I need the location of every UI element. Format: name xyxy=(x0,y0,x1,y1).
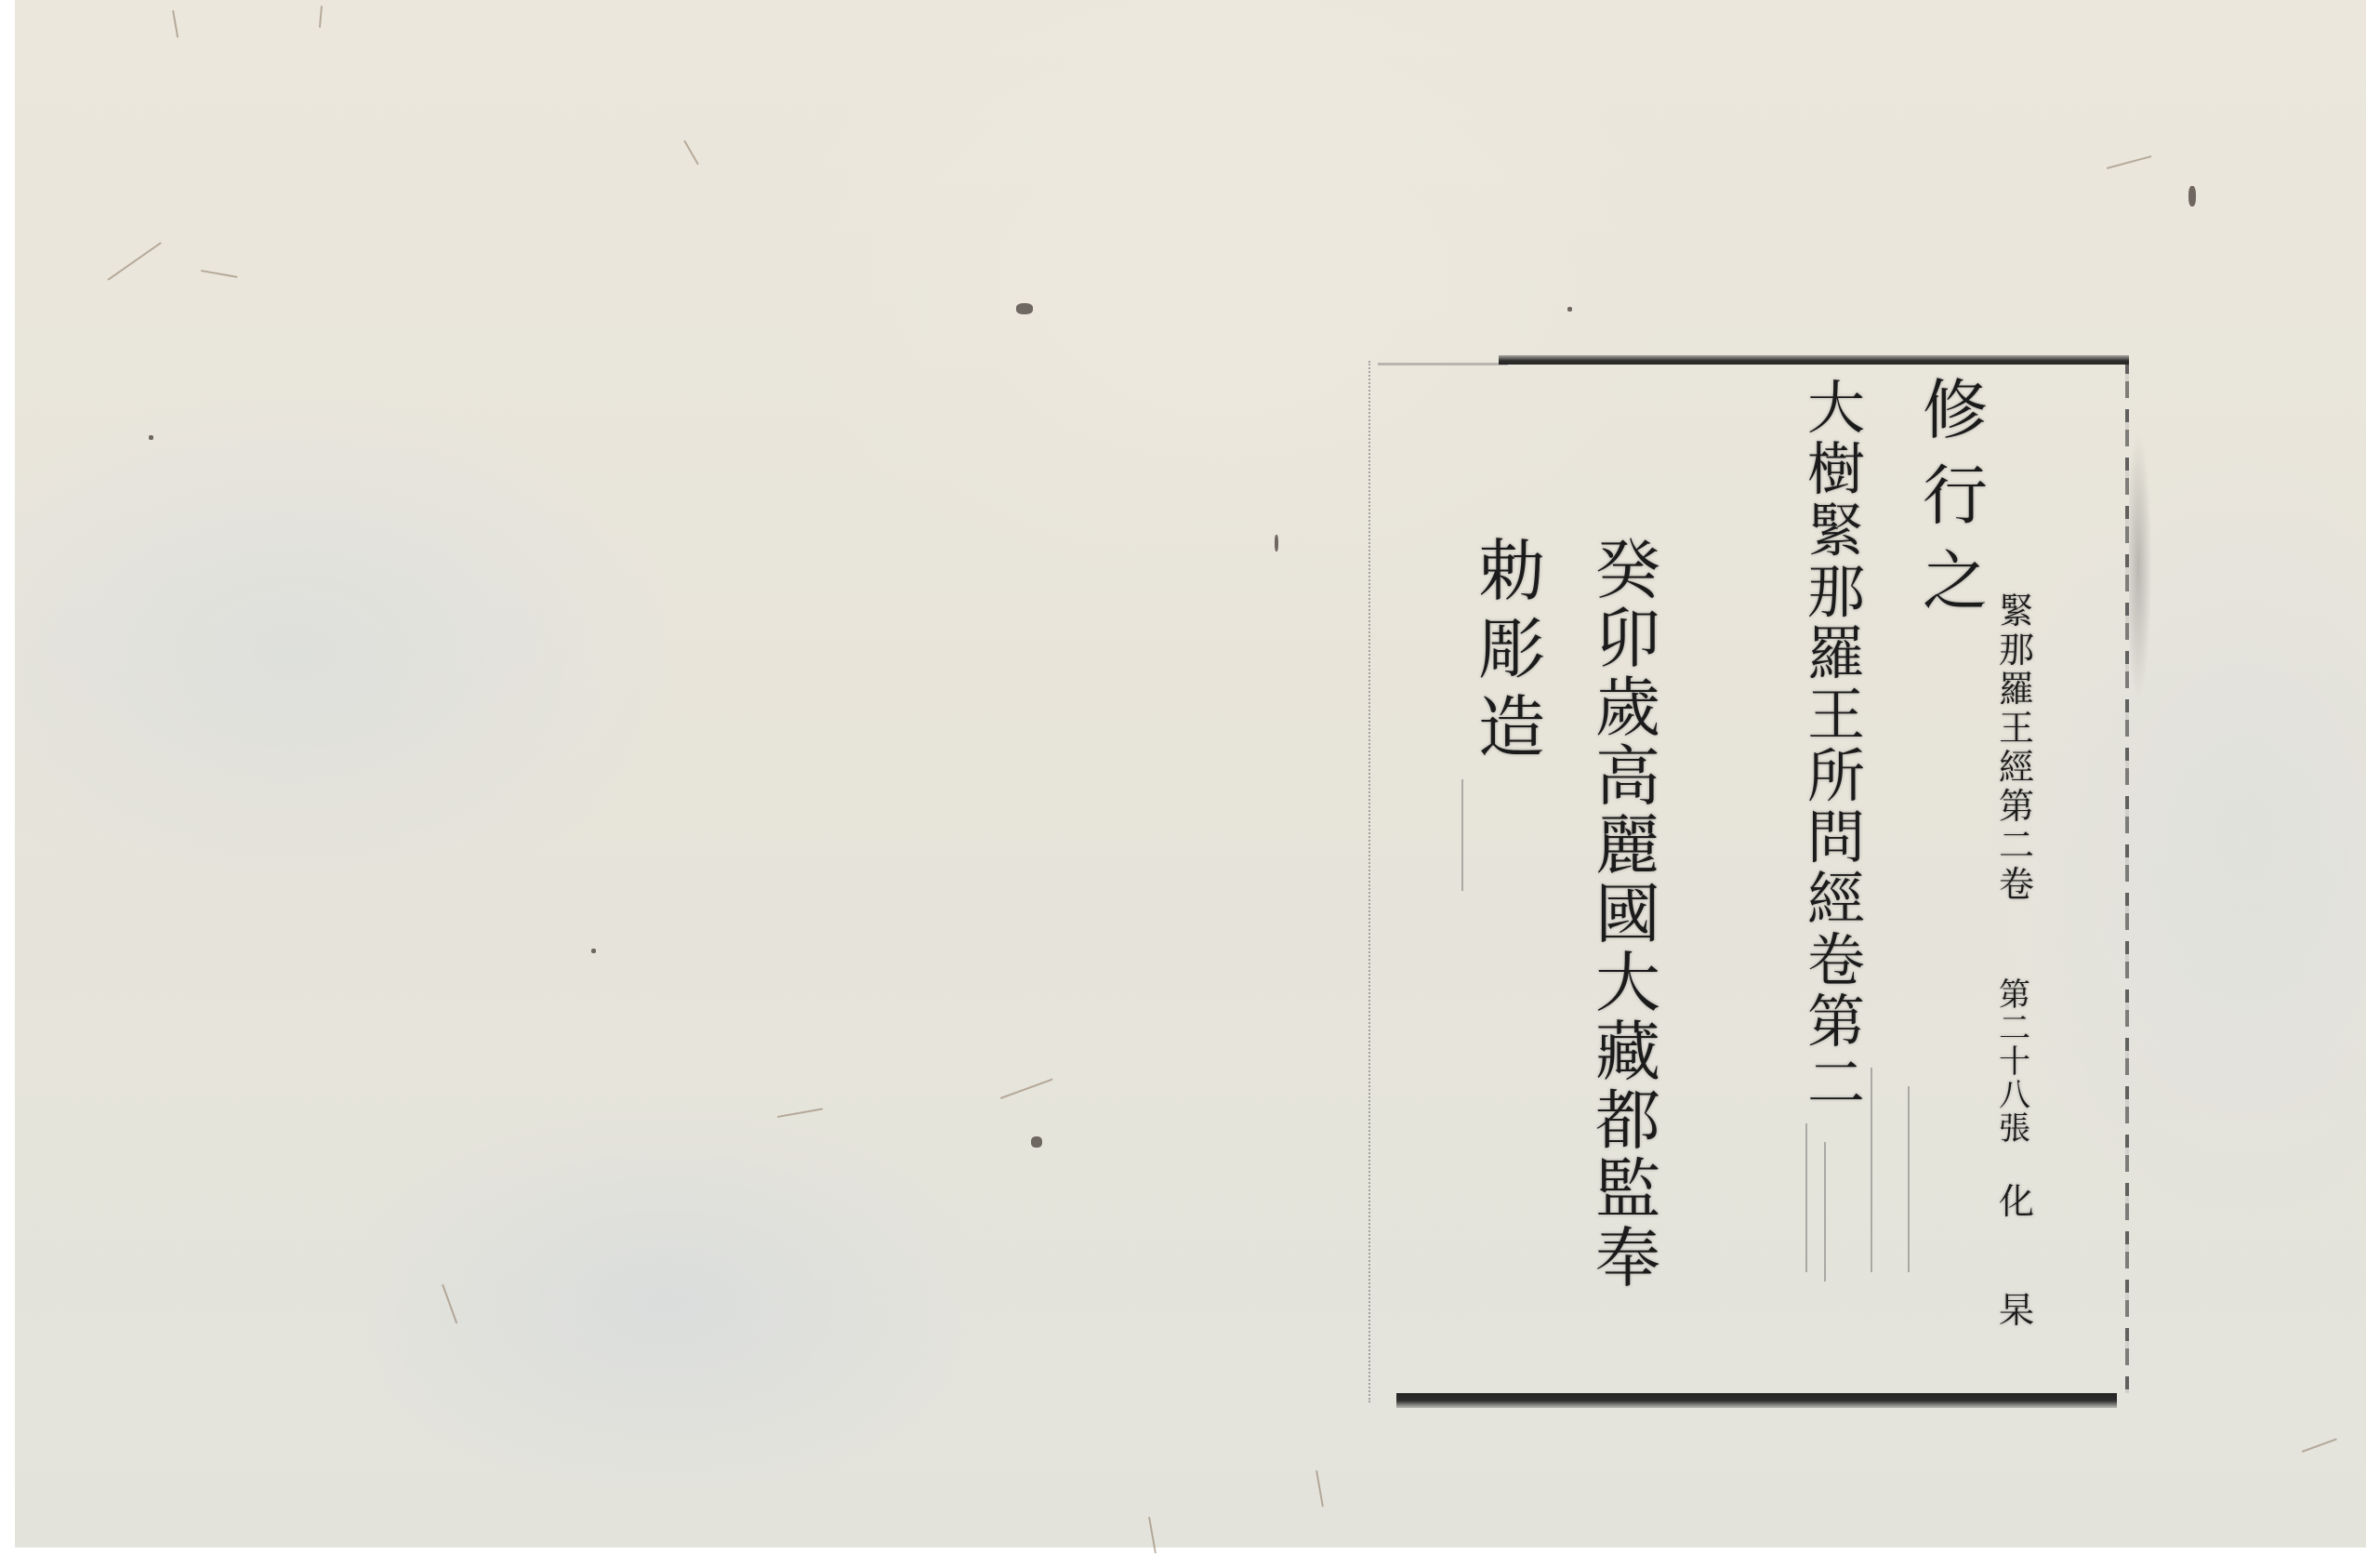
sutra-title-column: 大 樹 緊 那 羅 王 所 問 經 卷 第 二 xyxy=(1807,379,1865,1112)
frame-top-rule-faint xyxy=(1378,363,1508,365)
edict-char: 造 xyxy=(1478,694,1545,761)
title-char: 王 xyxy=(1807,686,1865,744)
ink-bleed-line xyxy=(1871,1068,1872,1272)
title-prefix-char: 修 xyxy=(1923,378,1988,443)
edict-char: 勅 xyxy=(1478,538,1545,604)
ink-smudge xyxy=(2129,398,2166,733)
paper-fiber xyxy=(777,1108,824,1118)
colophon-char: 高 xyxy=(1595,744,1660,809)
title-char: 二 xyxy=(1807,1055,1865,1112)
colophon-char: 卯 xyxy=(1595,606,1660,671)
colophon-char: 藏 xyxy=(1595,1019,1660,1084)
colophon-edict-column: 勅 彫 造 xyxy=(1478,538,1545,761)
case-mark-char: 化 xyxy=(1999,1184,2034,1219)
paper-fiber xyxy=(683,140,699,166)
title-char: 那 xyxy=(1807,564,1865,621)
colophon-date-column: 癸 卯 歲 高 麗 國 大 藏 都 監 奉 xyxy=(1595,538,1660,1291)
ink-bleed-line xyxy=(1824,1142,1826,1282)
title-char: 第 xyxy=(1807,993,1865,1051)
margin-title-char: 那 xyxy=(1999,632,2034,668)
title-char: 所 xyxy=(1807,748,1865,805)
page-number-char: 二 xyxy=(1999,1013,2030,1044)
page-number-char: 第 xyxy=(1999,979,2030,1011)
paper-fiber xyxy=(172,10,178,38)
colophon-char: 監 xyxy=(1595,1157,1660,1222)
paper-speck xyxy=(591,949,596,953)
printed-block-frame: 修 行 之 大 樹 緊 那 羅 王 所 問 經 卷 第 二 癸 卯 歲 高 麗 … xyxy=(1368,361,2129,1402)
margin-title-char: 第 xyxy=(1999,789,2034,824)
paper-speck xyxy=(149,435,153,440)
ink-bleed-line xyxy=(1805,1123,1807,1272)
margin-case-mark: 化 xyxy=(1999,1184,2034,1219)
page-number-char: 十 xyxy=(1999,1046,2030,1078)
paper-fiber xyxy=(201,270,238,278)
paper-fiber xyxy=(1316,1470,1324,1508)
margin-page-number: 第 二 十 八 張 xyxy=(1999,979,2030,1145)
ink-bleed-line xyxy=(1908,1086,1910,1272)
colophon-char: 奉 xyxy=(1595,1226,1660,1291)
colophon-char: 大 xyxy=(1595,950,1660,1016)
margin-title-char: 經 xyxy=(1999,750,2034,785)
ink-bleed-line xyxy=(1461,779,1463,891)
paper-speck xyxy=(1275,535,1278,551)
paper-speck xyxy=(2188,186,2196,206)
paper-fiber xyxy=(2302,1438,2337,1453)
carver-mark-char: 杲 xyxy=(1999,1293,2034,1328)
title-char: 緊 xyxy=(1807,502,1865,560)
margin-title-char: 王 xyxy=(1999,711,2034,746)
title-char: 問 xyxy=(1807,809,1865,867)
title-prefix-char: 之 xyxy=(1923,549,1988,614)
scanned-page: 修 行 之 大 樹 緊 那 羅 王 所 問 經 卷 第 二 癸 卯 歲 高 麗 … xyxy=(0,0,2380,1547)
page-number-char: 張 xyxy=(1999,1113,2030,1145)
title-prefix-column: 修 行 之 xyxy=(1923,378,1988,614)
paper-speck xyxy=(1016,303,1033,314)
paper-fiber xyxy=(1148,1517,1157,1547)
margin-title-char: 卷 xyxy=(1999,867,2034,902)
title-char: 羅 xyxy=(1807,625,1865,683)
colophon-char: 國 xyxy=(1595,882,1660,947)
paper-fiber xyxy=(2107,155,2152,169)
paper-fiber xyxy=(319,6,323,28)
colophon-char: 癸 xyxy=(1595,538,1660,603)
colophon-char: 歲 xyxy=(1595,675,1660,740)
paper-speck xyxy=(1567,307,1572,312)
edict-char: 彫 xyxy=(1478,616,1545,683)
paper-fiber xyxy=(107,242,161,281)
margin-title-char: 緊 xyxy=(1999,593,2034,629)
title-char: 經 xyxy=(1807,870,1865,928)
page-number-char: 八 xyxy=(1999,1080,2030,1111)
title-prefix-char: 行 xyxy=(1923,463,1988,528)
margin-title-char: 二 xyxy=(1999,828,2034,863)
paper-fiber xyxy=(442,1284,457,1324)
colophon-char: 都 xyxy=(1595,1088,1660,1153)
paper-fiber xyxy=(1000,1079,1053,1099)
frame-left-rule xyxy=(1368,361,1370,1402)
title-char: 卷 xyxy=(1807,932,1865,990)
title-char: 樹 xyxy=(1807,441,1865,498)
margin-title-char: 羅 xyxy=(1999,671,2034,707)
title-char: 大 xyxy=(1807,379,1865,437)
frame-top-rule xyxy=(1499,355,2129,365)
frame-bottom-rule xyxy=(1396,1393,2117,1408)
colophon-char: 麗 xyxy=(1595,813,1660,878)
margin-short-title: 緊 那 羅 王 經 第 二 卷 xyxy=(1999,593,2034,902)
margin-carver-mark: 杲 xyxy=(1999,1293,2034,1328)
paper-speck xyxy=(1031,1136,1042,1148)
